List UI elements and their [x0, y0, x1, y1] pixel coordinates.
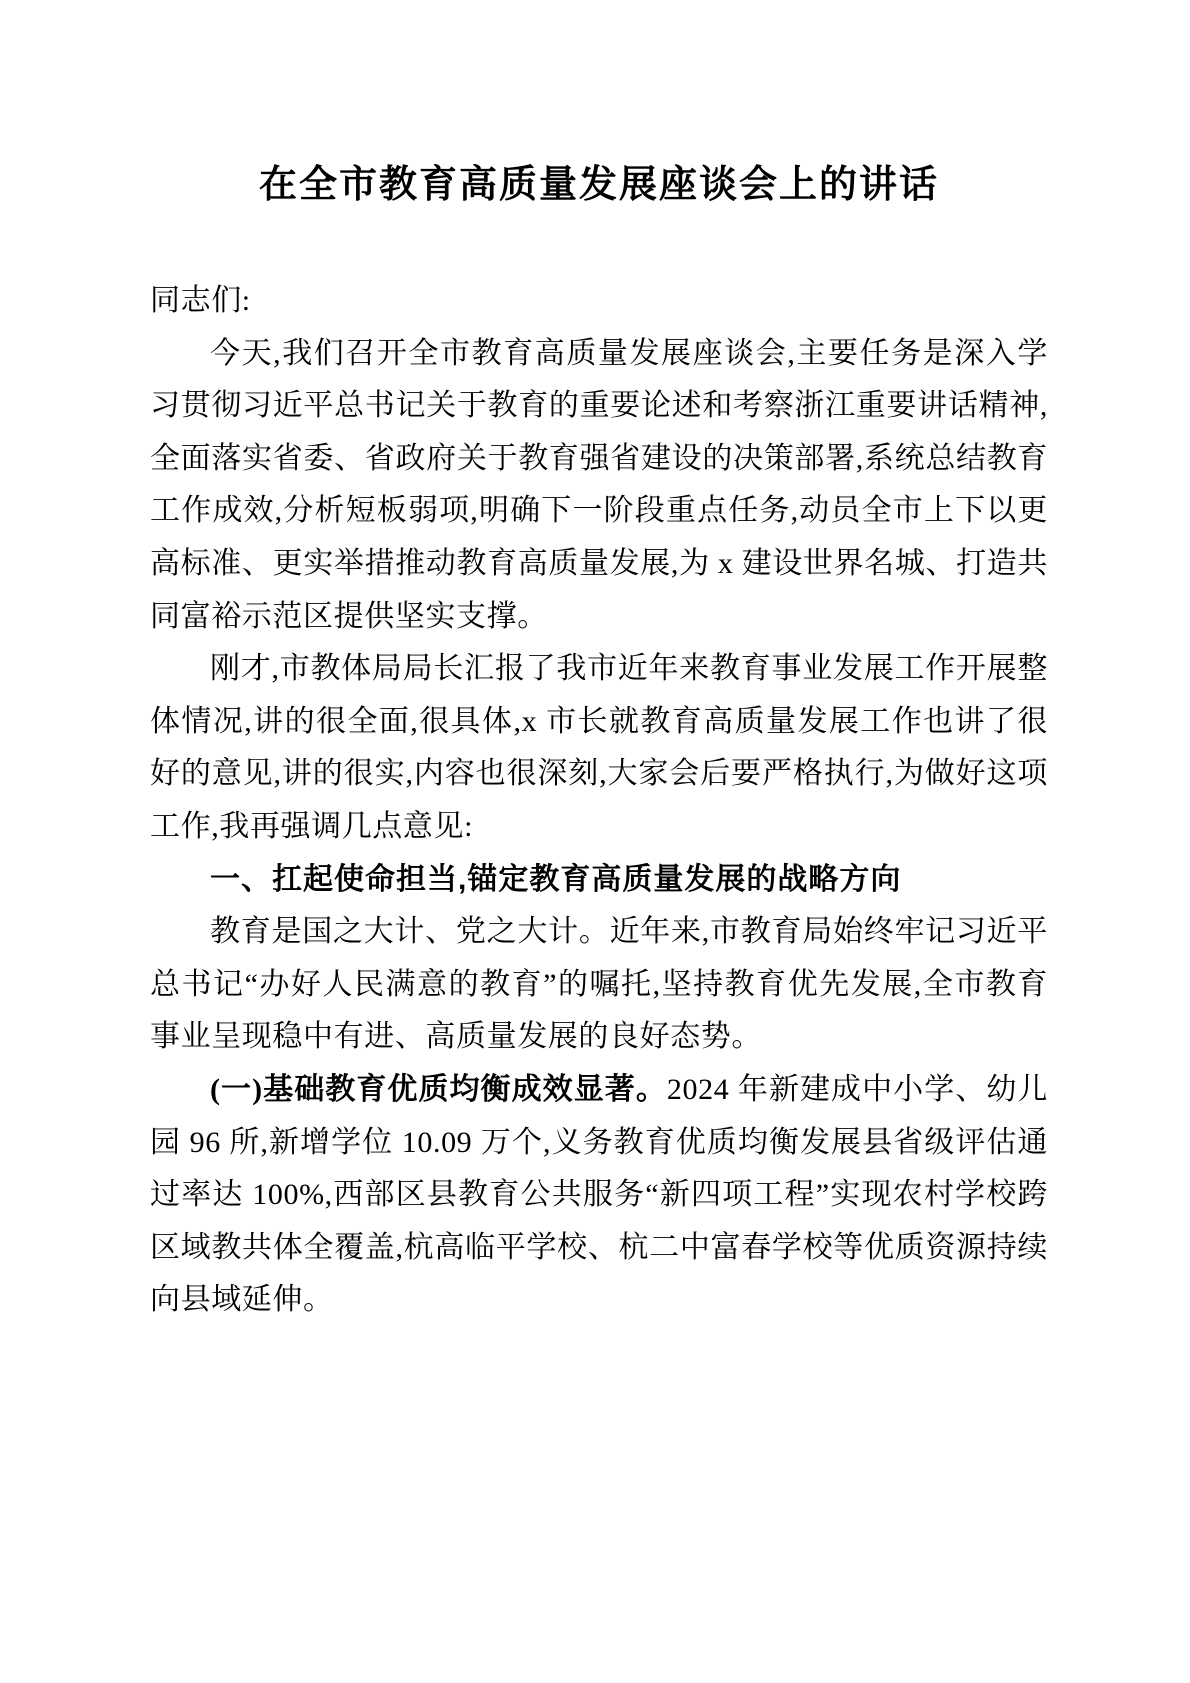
- paragraph-basic-education-achievements: (一)基础教育优质均衡成效显著。2024 年新建成中小学、幼儿园 96 所,新增…: [150, 1064, 1048, 1327]
- section-heading-1: 一、扛起使命担当,锚定教育高质量发展的战略方向: [150, 854, 1048, 907]
- subsection-1-lead: (一)基础教育优质均衡成效显著。: [210, 1073, 667, 1106]
- document-page: 在全市教育高质量发展座谈会上的讲话 同志们: 今天,我们召开全市教育高质量发展座…: [0, 0, 1190, 1683]
- paragraph-education-strategy: 教育是国之大计、党之大计。近年来,市教育局始终牢记习近平总书记“办好人民满意的教…: [150, 906, 1048, 1064]
- paragraph-meeting-purpose: 今天,我们召开全市教育高质量发展座谈会,主要任务是深入学习贯彻习近平总书记关于教…: [150, 328, 1048, 644]
- subsection-1-body: 2024 年新建成中小学、幼儿园 96 所,新增学位 10.09 万个,义务教育…: [150, 1073, 1048, 1316]
- paragraph-briefing-remarks: 刚才,市教体局局长汇报了我市近年来教育事业发展工作开展整体情况,讲的很全面,很具…: [150, 643, 1048, 853]
- salutation: 同志们:: [150, 275, 1048, 328]
- document-body: 同志们: 今天,我们召开全市教育高质量发展座谈会,主要任务是深入学习贯彻习近平总…: [150, 275, 1048, 1327]
- document-title: 在全市教育高质量发展座谈会上的讲话: [150, 158, 1048, 213]
